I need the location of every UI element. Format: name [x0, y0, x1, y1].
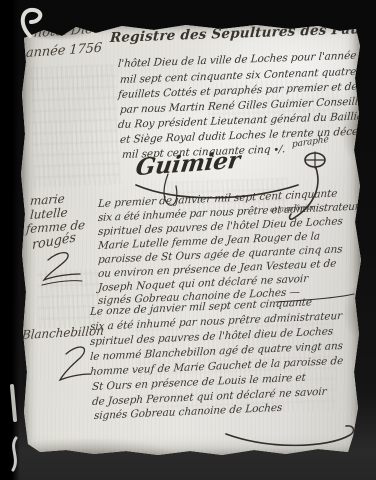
bleed-through-patch [30, 65, 120, 188]
margin-paraph-1 [44, 253, 80, 280]
margin-note-register-year: année 1756 [25, 41, 102, 61]
binding-thread-mid [12, 386, 15, 420]
entry2-end-flourish [226, 426, 353, 445]
paraph-symbol-icon [305, 153, 325, 167]
manuscript-page: hôtel Dieu année 1756 Registre des Sepul… [18, 22, 362, 460]
margin-paraph-2 [60, 347, 90, 380]
binding-thread-top [23, 10, 41, 36]
margin-note-register-title: hôtel Dieu [33, 21, 101, 41]
scanned-register-photo: hôtel Dieu année 1756 Registre des Sepul… [0, 0, 376, 480]
binding-thread-bottom [13, 438, 16, 470]
register-title-line: Registre des Sepultures des Pauvres de — [109, 19, 376, 46]
